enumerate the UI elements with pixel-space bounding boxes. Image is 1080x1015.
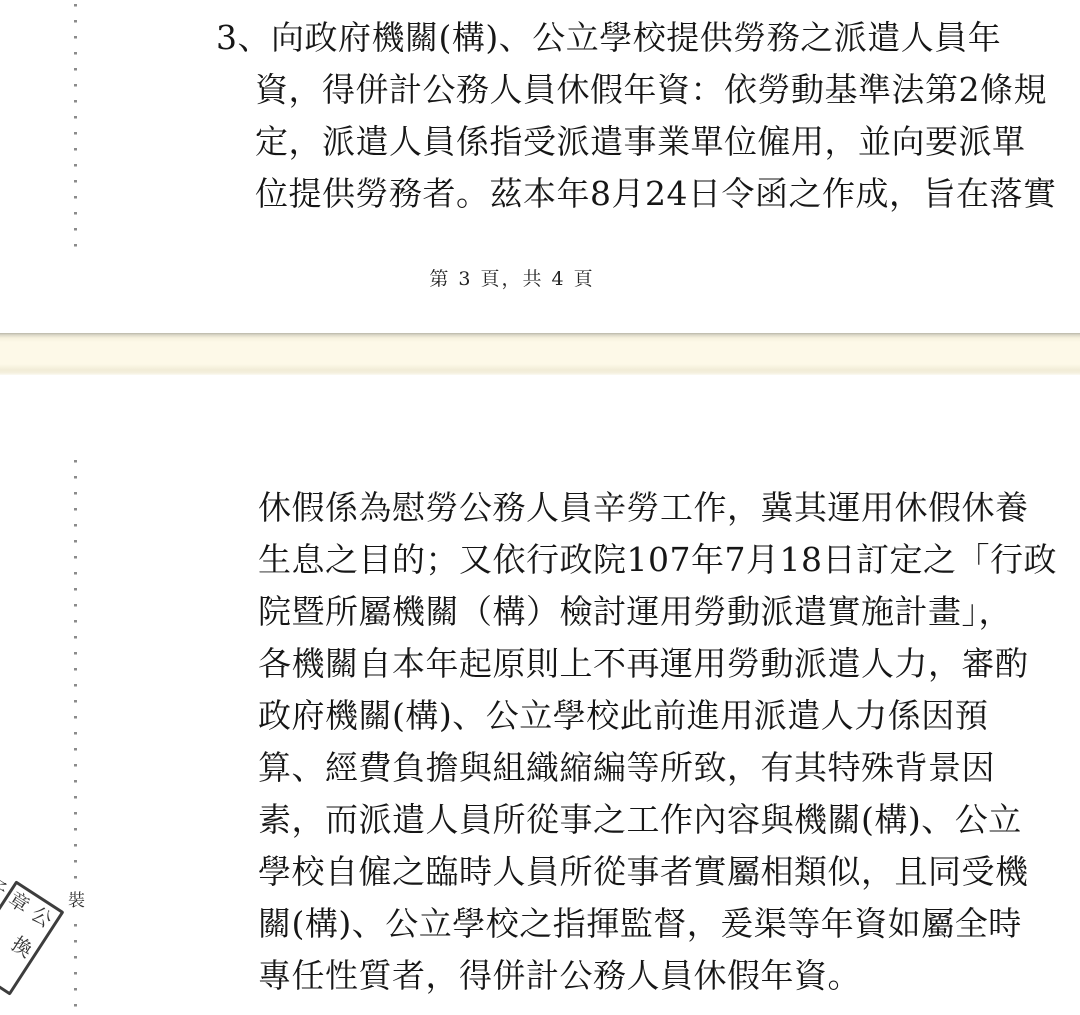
- document-text-line: 算、經費負擔與組織縮編等所致，有其特殊背景因: [258, 742, 1057, 794]
- document-text-line: 定，派遣人員係指受派遣事業單位僱用，並向要派單: [216, 116, 1057, 168]
- document-text-line: 各機關自本年起原則上不再運用勞動派遣人力，審酌: [258, 638, 1057, 690]
- document-text-line: 位提供勞務者。茲本年8月24日令函之作成，旨在落實: [216, 168, 1057, 220]
- document-text-line: 政府機關(構)、公立學校此前進用派遣人力係因預: [258, 690, 1057, 742]
- page3-region: 3、向政府機關(構)、公立學校提供勞務之派遣人員年 資，得併計公務人員休假年資：…: [0, 0, 1080, 333]
- document-text-line: 關(構)、公立學校之指揮監督，爰渠等年資如屬全時: [258, 898, 1057, 950]
- binding-dotted-line-top: [74, 4, 77, 253]
- stamp-character: 換: [4, 930, 38, 961]
- page4-paragraph: 休假係為慰勞公務人員辛勞工作，冀其運用休假休養 生息之目的；又依行政院107年7…: [258, 482, 1057, 1002]
- document-text-line: 專任性質者，得併計公務人員休假年資。: [258, 950, 1057, 1002]
- page3-list-item: 3、向政府機關(構)、公立學校提供勞務之派遣人員年 資，得併計公務人員休假年資：…: [216, 12, 1057, 220]
- document-text-line: 3、向政府機關(構)、公立學校提供勞務之派遣人員年: [216, 12, 1057, 64]
- document-text-line: 生息之目的；又依行政院107年7月18日訂定之「行政: [258, 534, 1057, 586]
- page-number-footer: 第 3 頁，共 4 頁: [212, 264, 812, 291]
- binding-mark-label: 裝: [67, 890, 86, 914]
- binding-dotted-line-bottom: [74, 460, 77, 1015]
- document-text-line: 素，而派遣人員所從事之工作內容與機關(構)、公立: [258, 794, 1057, 846]
- document-text-line: 學校自僱之臨時人員所從事者實屬相類似，且同受機: [258, 846, 1057, 898]
- page-separator-band: [0, 333, 1080, 375]
- document-text-line: 院暨所屬機關（構）檢討運用勞動派遣實施計畫」，: [258, 586, 1057, 638]
- document-text-line: 休假係為慰勞公務人員辛勞工作，冀其運用休假休養: [258, 482, 1057, 534]
- document-text-line: 資，得併計公務人員休假年資：依勞動基準法第2條規: [216, 64, 1057, 116]
